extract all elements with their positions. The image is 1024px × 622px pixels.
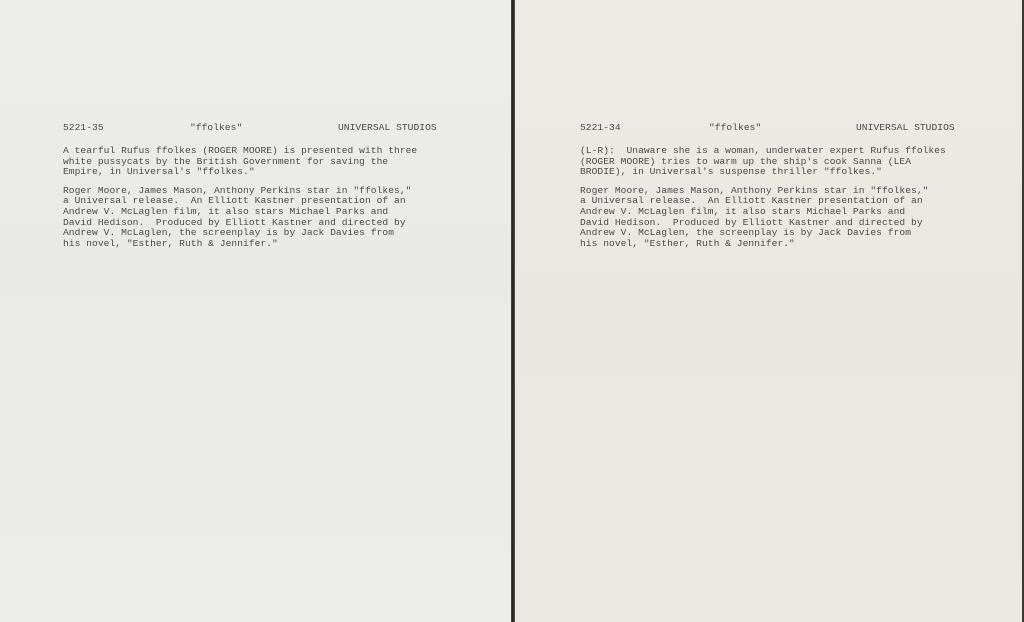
sheet-header: 5221-35 "ffolkes" UNIVERSAL STUDIOS	[63, 123, 463, 137]
caption-block: 5221-35 "ffolkes" UNIVERSAL STUDIOS A te…	[63, 123, 463, 257]
sheet-header: 5221-34 "ffolkes" UNIVERSAL STUDIOS	[580, 123, 980, 137]
photo-caption: A tearful Rufus ffolkes (ROGER MOORE) is…	[63, 146, 463, 178]
film-title: "ffolkes"	[190, 123, 242, 134]
catalog-number: 5221-35	[63, 123, 104, 134]
caption-sheet-right: 5221-34 "ffolkes" UNIVERSAL STUDIOS (L-R…	[515, 0, 1022, 622]
film-credits: Roger Moore, James Mason, Anthony Perkin…	[63, 186, 463, 250]
film-credits: Roger Moore, James Mason, Anthony Perkin…	[580, 186, 980, 250]
caption-block: 5221-34 "ffolkes" UNIVERSAL STUDIOS (L-R…	[580, 123, 980, 257]
film-title: "ffolkes"	[709, 123, 761, 134]
photo-caption: (L-R): Unaware she is a woman, underwate…	[580, 146, 980, 178]
caption-sheet-left: 5221-35 "ffolkes" UNIVERSAL STUDIOS A te…	[0, 0, 511, 622]
studio-name: UNIVERSAL STUDIOS	[338, 123, 437, 134]
catalog-number: 5221-34	[580, 123, 621, 134]
studio-name: UNIVERSAL STUDIOS	[856, 123, 955, 134]
